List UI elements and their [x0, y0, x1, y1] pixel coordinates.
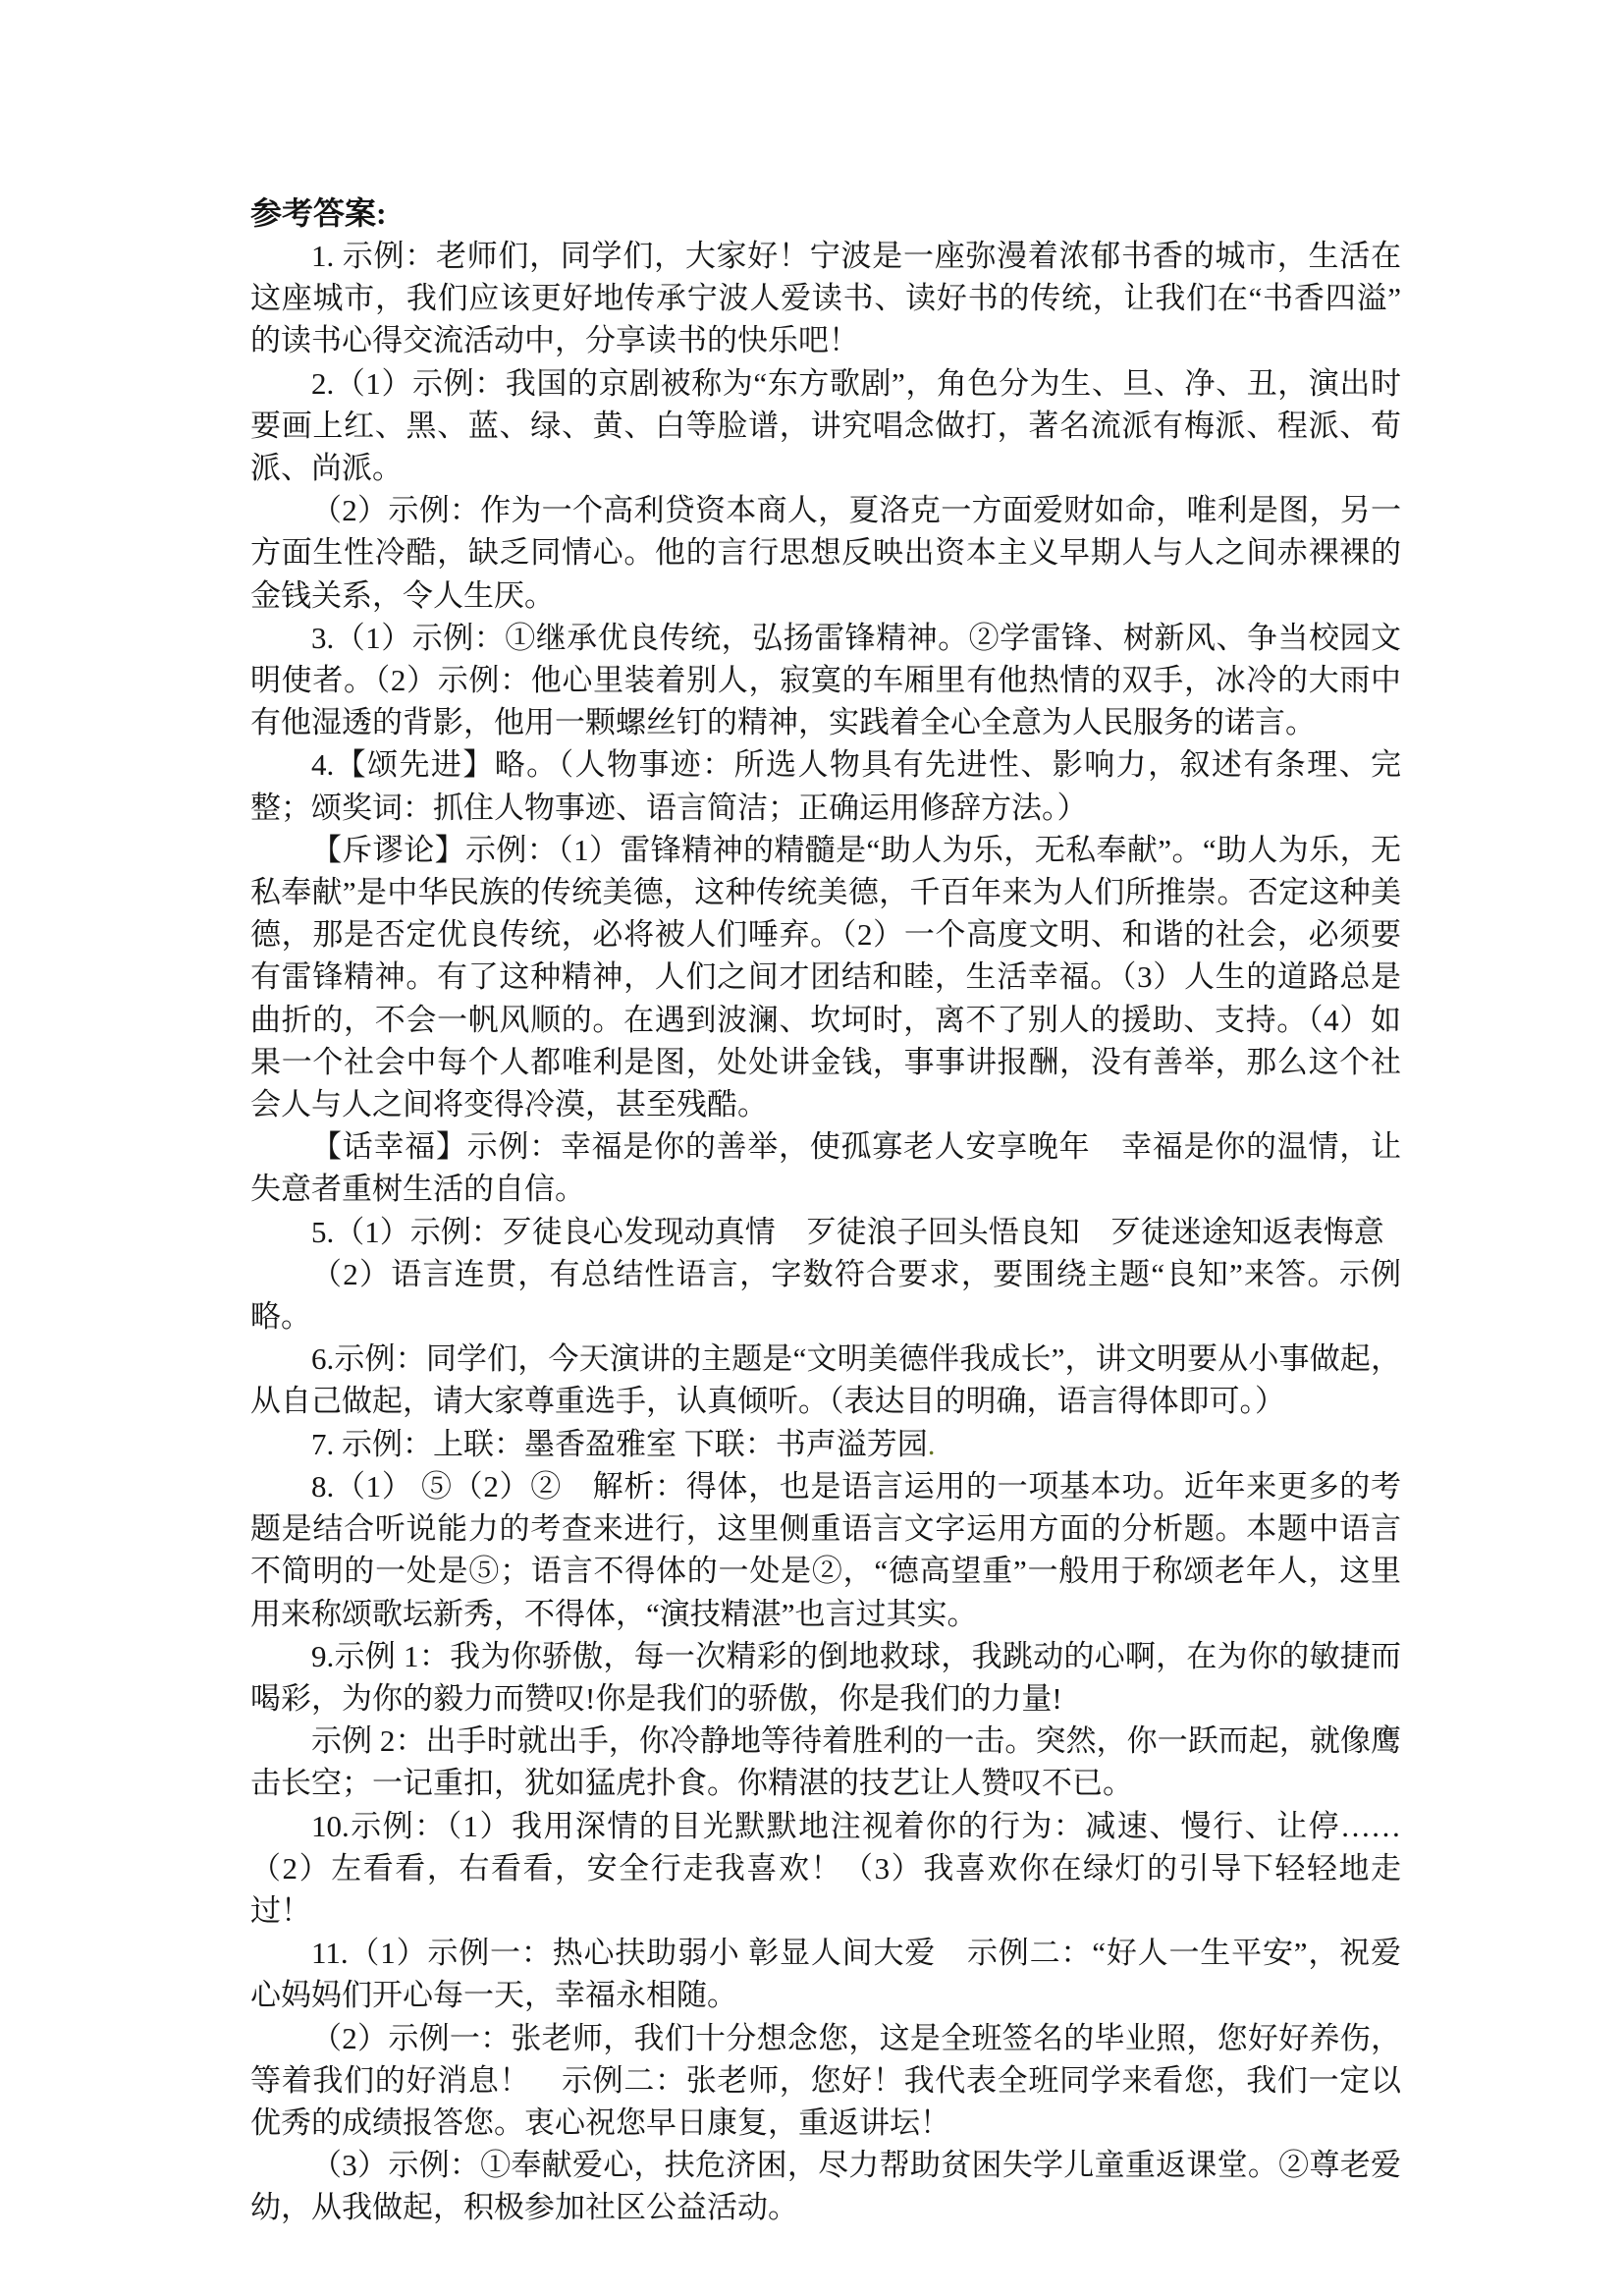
page-title: 参考答案:	[250, 192, 1401, 235]
answer-paragraph-10: 10.示例：（1）我用深情的目光默默地注视着你的行为：减速、慢行、让停……（2）…	[250, 1805, 1401, 1933]
answer-paragraph-1: 1. 示例：老师们，同学们，大家好！宁波是一座弥漫着浓郁书香的城市，生活在这座城…	[250, 235, 1401, 362]
document-page: 参考答案: 1. 示例：老师们，同学们，大家好！宁波是一座弥漫着浓郁书香的城市，…	[250, 192, 1401, 2229]
answer-paragraph-11-2: （2）示例一：张老师，我们十分想念您，这是全班签名的毕业照，您好好养伤，等着我们…	[250, 2017, 1401, 2145]
answer-paragraph-4-refute: 【斥谬论】示例：（1）雷锋精神的精髓是“助人为乐，无私奉献”。“助人为乐，无私奉…	[250, 829, 1401, 1125]
answer-paragraph-9-example2: 示例 2：出手时就出手，你冷静地等待着胜利的一击。突然，你一跃而起，就像鹰击长空…	[250, 1720, 1401, 1804]
answer-paragraph-11-1: 11.（1）示例一：热心扶助弱小 彰显人间大爱 示例二：“好人一生平安”，祝爱心…	[250, 1932, 1401, 2016]
answer-paragraph-4-happiness: 【话幸福】示例：幸福是你的善举，使孤寡老人安享晚年 幸福是你的温情，让失意者重树…	[250, 1125, 1401, 1210]
answer-paragraph-2-2: （2）示例：作为一个高利贷资本商人，夏洛克一方面爱财如命，唯利是图，另一方面生性…	[250, 489, 1401, 617]
answer-paragraph-4-praise: 4.【颂先进】略。（人物事迹：所选人物具有先进性、影响力，叙述有条理、完整；颂奖…	[250, 743, 1401, 828]
answer-paragraph-9-example1: 9.示例 1：我为你骄傲，每一次精彩的倒地救球，我跳动的心啊，在为你的敏捷而喝彩…	[250, 1635, 1401, 1720]
answer-paragraph-7: 7. 示例：上联：墨香盈雅室 下联：书声溢芳园.	[250, 1423, 1401, 1465]
answer-paragraph-11-3: （3）示例：①奉献爱心，扶危济困，尽力帮助贫困失学儿童重返课堂。②尊老爱幼，从我…	[250, 2144, 1401, 2228]
answer-paragraph-5-2: （2）语言连贯，有总结性语言，字数符合要求，要围绕主题“良知”来答。示例略。	[250, 1253, 1401, 1338]
green-proofing-dot: .	[928, 1427, 936, 1461]
answer-paragraph-5-1: 5.（1）示例：歹徒良心发现动真情 歹徒浪子回头悟良知 歹徒迷途知返表悔意	[250, 1211, 1401, 1253]
couplet-text: 7. 示例：上联：墨香盈雅室 下联：书声溢芳园	[311, 1427, 928, 1461]
answer-paragraph-8: 8.（1） ⑤（2）② 解析：得体，也是语言运用的一项基本功。近年来更多的考题是…	[250, 1465, 1401, 1635]
answer-paragraph-3: 3.（1）示例：①继承优良传统，弘扬雷锋精神。②学雷锋、树新风、争当校园文明使者…	[250, 617, 1401, 744]
answer-paragraph-2-1: 2.（1）示例：我国的京剧被称为“东方歌剧”，角色分为生、旦、净、丑，演出时要画…	[250, 362, 1401, 490]
answer-paragraph-6: 6.示例：同学们，今天演讲的主题是“文明美德伴我成长”，讲文明要从小事做起，从自…	[250, 1338, 1401, 1422]
